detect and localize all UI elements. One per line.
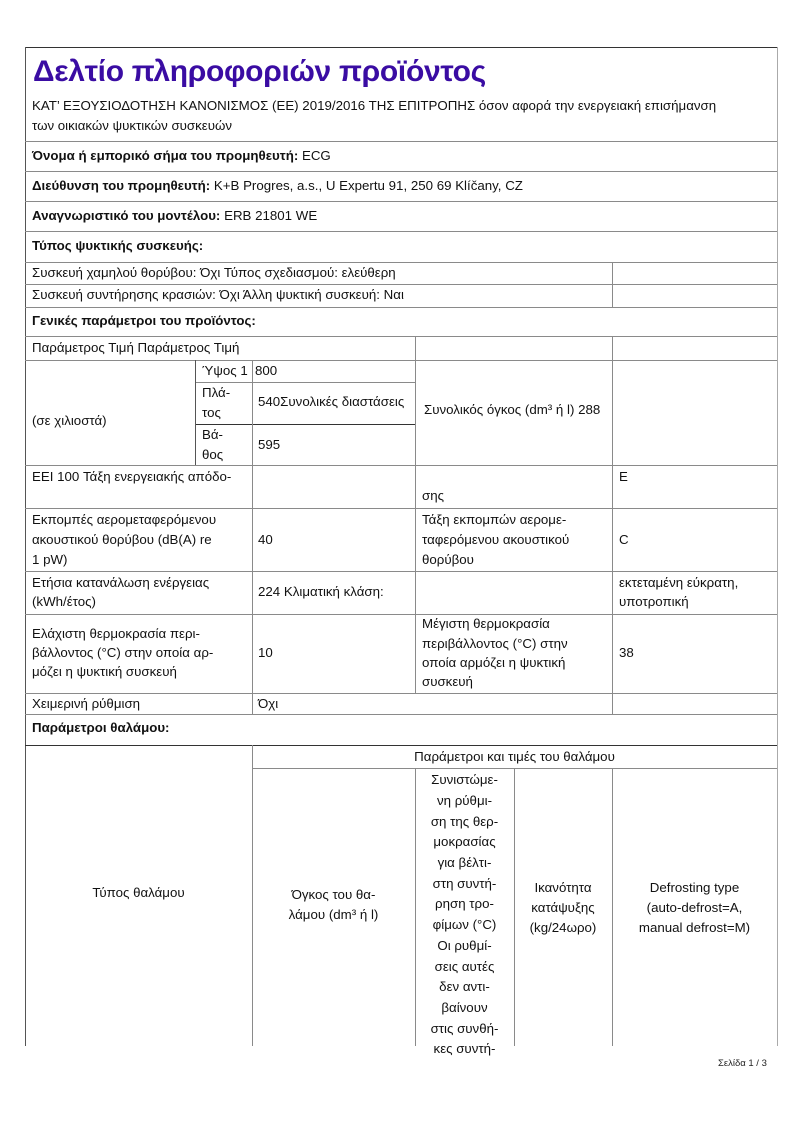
chamber-temp-header-line: νη ρύθμι-	[415, 791, 514, 811]
width-label-2: τος	[202, 403, 221, 423]
supplier-name-label: Όνομα ή εμπορικό σήμα του προμηθευτή:	[32, 148, 298, 163]
divider	[252, 465, 253, 693]
depth-label-2: θος	[202, 445, 223, 465]
chamber-volume-header-2: λάμου (dm³ ή l)	[252, 905, 415, 925]
max-temp-label-3: οποία αρμόζει η ψυκτική	[422, 653, 565, 673]
appliance-type-row2: Συσκευή συντήρησης κρασιών: Όχι Άλλη ψυκ…	[32, 285, 404, 305]
width-value: 540Συνολικές διαστάσεις	[258, 392, 404, 412]
model-id-label: Αναγνωριστικό του μοντέλου:	[32, 208, 220, 223]
document-title: Δελτίο πληροφοριών προϊόντος	[33, 52, 486, 92]
divider	[612, 262, 613, 307]
total-volume: Συνολικός όγκος (dm³ ή l) 288	[424, 400, 600, 420]
min-temp-label-2: βάλλοντος (°C) στην οποία αρ-	[32, 643, 213, 663]
chamber-temp-header-line: δεν αντι-	[415, 977, 514, 997]
min-temp-label-1: Ελάχιστη θερμοκρασία περι-	[32, 624, 200, 644]
divider	[25, 714, 777, 715]
chamber-temp-header-line: κες συντή-	[415, 1039, 514, 1059]
max-temp-label-4: συσκευή	[422, 672, 473, 692]
chamber-volume-header-1: Όγκος του θα-	[252, 885, 415, 905]
regulation-subtitle-line2: των οικιακών ψυκτικών συσκευών	[32, 116, 232, 136]
divider	[415, 465, 416, 693]
divider	[25, 201, 777, 202]
eei-label-cont: σης	[422, 486, 444, 506]
chamber-params-heading: Παράμετροι θαλάμου:	[32, 718, 170, 738]
defrost-type-header-3: manual defrost=M)	[612, 918, 777, 938]
model-id-row: Αναγνωριστικό του μοντέλου: ERB 21801 WE	[32, 206, 317, 226]
divider	[195, 360, 196, 465]
chamber-temp-header-line: στις συνθή-	[415, 1019, 514, 1039]
depth-label-1: Βά-	[202, 425, 223, 445]
divider	[25, 614, 777, 615]
climate-class-value-2: υποτροπική	[619, 592, 689, 612]
chamber-temp-header-line: στη συντή-	[415, 874, 514, 894]
regulation-subtitle-line1: ΚΑΤ’ ΕΞΟΥΣΙΟΔΟΤΗΣΗ ΚΑΝΟΝΙΣΜΟΣ (ΕΕ) 2019/…	[32, 96, 716, 116]
frame-top	[25, 47, 777, 48]
winter-setting-value: Όχι	[258, 694, 278, 714]
defrost-type-header-2: (auto-defrost=A,	[612, 898, 777, 918]
divider	[415, 336, 416, 465]
appliance-type-heading: Τύπος ψυκτικής συσκευής:	[32, 236, 203, 256]
defrost-type-header-1: Defrosting type	[612, 878, 777, 898]
climate-class-value-1: εκτεταμένη εύκρατη,	[619, 573, 738, 593]
divider	[612, 465, 613, 714]
divider	[252, 360, 253, 465]
divider	[25, 465, 777, 466]
noise-class-label-1: Τάξη εκπομπών αερομε-	[422, 510, 566, 530]
chamber-temp-header-line: φίμων (°C)	[415, 915, 514, 935]
width-label-1: Πλά-	[202, 383, 230, 403]
model-id-value: ERB 21801 WE	[220, 208, 317, 223]
divider	[25, 336, 777, 337]
freeze-capacity-header-2: κατάψυξης	[514, 898, 612, 918]
noise-class-label-3: θορύβου	[422, 550, 474, 570]
divider	[25, 745, 777, 746]
chamber-temp-header-line: ση της θερ-	[415, 812, 514, 832]
chamber-temp-header-line: μοκρασίας	[415, 832, 514, 852]
supplier-name-row: Όνομα ή εμπορικό σήμα του προμηθευτή: EC…	[32, 146, 331, 166]
page-number: Σελίδα 1 / 3	[718, 1058, 767, 1069]
supplier-address-row: Διεύθυνση του προμηθευτή: K+B Progres, a…	[32, 176, 523, 196]
winter-setting-label: Χειμερινή ρύθμιση	[32, 694, 140, 714]
freeze-capacity-header-3: (kg/24ωρο)	[514, 918, 612, 938]
divider	[25, 360, 777, 361]
freeze-capacity-header-1: Ικανότητα	[514, 878, 612, 898]
noise-value: 40	[258, 530, 273, 550]
divider	[25, 508, 777, 509]
noise-class-value: C	[619, 530, 629, 550]
min-temp-label-3: μόζει η ψυκτική συσκευή	[32, 662, 177, 682]
chamber-temp-header-line: Συνιστώμε-	[415, 770, 514, 790]
chamber-temp-header-line: Οι ρυθμί-	[415, 936, 514, 956]
divider	[25, 171, 777, 172]
noise-label-3: 1 pW)	[32, 550, 67, 570]
appliance-type-row1: Συσκευή χαμηλού θορύβου: Όχι Τύπος σχεδι…	[32, 263, 396, 283]
energy-consumption-label-2: (kWh/έτος)	[32, 592, 96, 612]
height-label: Ύψος 1	[202, 361, 248, 381]
chamber-type-header: Τύπος θαλάμου	[25, 883, 252, 903]
max-temp-value: 38	[619, 643, 634, 663]
divider	[25, 141, 777, 142]
chamber-temp-header-line: σεις αυτές	[415, 957, 514, 977]
divider	[195, 424, 415, 425]
general-params-header-row: Παράμετρος Τιμή Παράμετρος Τιμή	[32, 338, 239, 358]
noise-label-1: Εκπομπές αερομεταφερόμενου	[32, 510, 216, 530]
general-params-heading: Γενικές παράμετροι του προϊόντος:	[32, 311, 256, 331]
frame-right	[777, 47, 778, 1046]
noise-label-2: ακουστικού θορύβου (dB(A) re	[32, 530, 212, 550]
height-value: 800	[255, 361, 277, 381]
noise-class-label-2: ταφερόμενου ακουστικού	[422, 530, 569, 550]
energy-consumption-label-1: Ετήσια κατανάλωση ενέργειας	[32, 573, 209, 593]
chamber-temp-header-line: για βέλτι-	[415, 853, 514, 873]
min-temp-value: 10	[258, 643, 273, 663]
max-temp-label-1: Μέγιστη θερμοκρασία	[422, 614, 550, 634]
chamber-temp-header-line: ρηση τρο-	[415, 894, 514, 914]
energy-class-value: E	[619, 467, 628, 487]
supplier-name-value: ECG	[298, 148, 331, 163]
supplier-address-label: Διεύθυνση του προμηθευτή:	[32, 178, 210, 193]
depth-value: 595	[258, 435, 280, 455]
max-temp-label-2: περιβάλλοντος (°C) στην	[422, 634, 568, 654]
energy-consumption-value: 224 Κλιματική κλάση:	[258, 582, 384, 602]
divider	[25, 307, 777, 308]
divider	[612, 336, 613, 465]
supplier-address-value: K+B Progres, a.s., U Expertu 91, 250 69 …	[210, 178, 523, 193]
document-page: Δελτίο πληροφοριών προϊόντος ΚΑΤ’ ΕΞΟΥΣΙ…	[0, 0, 802, 1134]
divider	[25, 231, 777, 232]
eei-label: EEI 100 Τάξη ενεργειακής απόδο-	[32, 467, 231, 487]
divider	[25, 571, 777, 572]
chamber-group-header: Παράμετροι και τιμές του θαλάμου	[252, 747, 777, 767]
divider	[252, 693, 253, 714]
dimensions-unit-label: (σε χιλιοστά)	[32, 411, 107, 431]
chamber-temp-header-line: βαίνουν	[415, 998, 514, 1018]
